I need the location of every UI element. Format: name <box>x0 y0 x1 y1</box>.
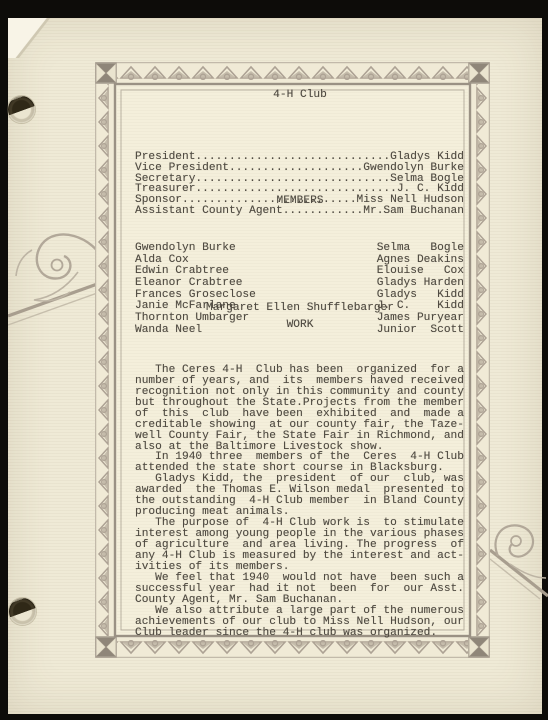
members-heading: MEMBERS <box>135 196 465 207</box>
member-line: Gwendolyn Burke Selma Bogle <box>135 243 465 255</box>
member-list: Gwendolyn Burke Selma BogleAlda Cox Agne… <box>135 208 465 336</box>
club-title: 4-H Club <box>135 90 465 101</box>
member-line: Eleanor Crabtree Gladys Harden <box>135 278 465 290</box>
work-line: creditable showing at our county fair, t… <box>135 420 465 431</box>
member-centered-name: Margaret Ellen Shufflebarger <box>135 303 465 314</box>
page-corner-fold-shadow <box>8 18 62 58</box>
work-line: well County Fair, the State Fair in Rich… <box>135 431 465 442</box>
officer-line: Vice President....................Gwendo… <box>135 163 465 174</box>
work-line: Club leader since the 4-H club was organ… <box>135 628 465 639</box>
work-heading: WORK <box>135 320 465 331</box>
punch-hole-bottom <box>9 598 36 625</box>
work-line: of this club have been exhibited and mad… <box>135 409 465 420</box>
bottom-right-scroll-ornament <box>490 520 548 606</box>
officer-line: President.............................Gl… <box>135 152 465 163</box>
work-paragraphs: The Ceres 4-H Club has been organized fo… <box>135 332 465 639</box>
punch-hole-top <box>8 96 35 123</box>
scrapbook-page-photo: 4-H Club President......................… <box>0 0 548 720</box>
